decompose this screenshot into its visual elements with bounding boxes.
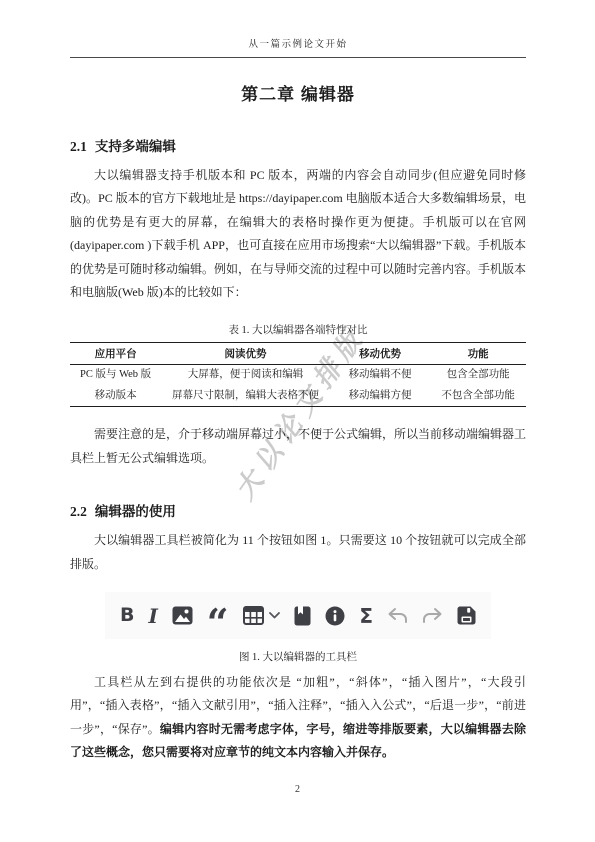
redo-icon	[422, 604, 443, 628]
sigma-glyph: Σ	[359, 606, 373, 626]
cell-features: 包含全部功能	[430, 365, 526, 386]
cell-platform: 移动版本	[70, 386, 161, 407]
bold-icon: B	[120, 604, 134, 628]
col-header-features: 功能	[430, 343, 526, 365]
section-heading-2-2: 2.2编辑器的使用	[70, 500, 526, 520]
cell-mobility: 移动编辑方便	[330, 386, 430, 407]
figure-caption: 图 1. 大以编辑器的工具栏	[70, 649, 526, 664]
quote-glyph: “	[207, 616, 229, 629]
col-header-reading: 阅读优势	[161, 343, 330, 365]
col-header-platform: 应用平台	[70, 343, 161, 365]
comparison-table: 应用平台 阅读优势 移动优势 功能 PC 版与 Web 版 大屏幕，便于阅读和编…	[70, 342, 526, 407]
table-row: 移动版本 屏幕尺寸限制，编辑大表格不便 移动编辑方便 不包含全部功能	[70, 386, 526, 407]
paragraph-note: 需要注意的是，介于移动端屏幕过小，不便于公式编辑，所以当前移动端编辑器工具栏上暂…	[70, 423, 526, 470]
col-header-mobility: 移动优势	[330, 343, 430, 365]
cell-features: 不包含全部功能	[430, 386, 526, 407]
running-header: 从一篇示例论文开始	[70, 36, 526, 58]
table-row: PC 版与 Web 版 大屏幕，便于阅读和编辑 移动编辑不便 包含全部功能	[70, 365, 526, 386]
section-number: 2.2	[70, 504, 87, 519]
citation-book-icon	[294, 604, 311, 628]
section-title: 支持多端编辑	[95, 139, 176, 154]
chevron-down-icon	[269, 604, 280, 628]
table-caption: 表 1. 大以编辑器各端特性对比	[70, 322, 526, 337]
section-heading-2-1: 2.1支持多端编辑	[70, 135, 526, 155]
bold-glyph: B	[120, 606, 134, 625]
italic-icon: I	[148, 604, 157, 628]
cell-platform: PC 版与 Web 版	[70, 365, 161, 386]
table-header-row: 应用平台 阅读优势 移动优势 功能	[70, 343, 526, 365]
image-icon	[172, 604, 193, 628]
document-page: 大以论文排版 从一篇示例论文开始 第二章 编辑器 2.1支持多端编辑 大以编辑器…	[0, 0, 595, 842]
table-icon	[243, 604, 264, 628]
paragraph-toolbar-functions: 工具栏从左到右提供的功能依次是 “加粗”，“斜体”，“插入图片”，“大段引用”，…	[70, 671, 526, 765]
save-icon	[457, 604, 476, 628]
page-number: 2	[0, 784, 595, 795]
paragraph-toolbar-intro: 大以编辑器工具栏被简化为 11 个按钮如图 1。只需要这 10 个按钮就可以完成…	[70, 529, 526, 576]
sigma-formula-icon: Σ	[359, 604, 373, 628]
blockquote-icon: “	[207, 604, 229, 628]
undo-icon	[387, 604, 408, 628]
toolbar-figure: B I “	[105, 592, 491, 639]
info-icon	[325, 604, 345, 628]
cell-mobility: 移动编辑不便	[330, 365, 430, 386]
cell-reading: 大屏幕，便于阅读和编辑	[161, 365, 330, 386]
cell-reading: 屏幕尺寸限制，编辑大表格不便	[161, 386, 330, 407]
section-number: 2.1	[70, 139, 87, 154]
section-title: 编辑器的使用	[95, 504, 176, 519]
paragraph-multi-device: 大以编辑器支持手机版本和 PC 版本，两端的内容会自动同步(但应避免同时修改)。…	[70, 164, 526, 304]
italic-glyph: I	[148, 606, 157, 626]
chapter-title: 第二章 编辑器	[70, 80, 526, 105]
